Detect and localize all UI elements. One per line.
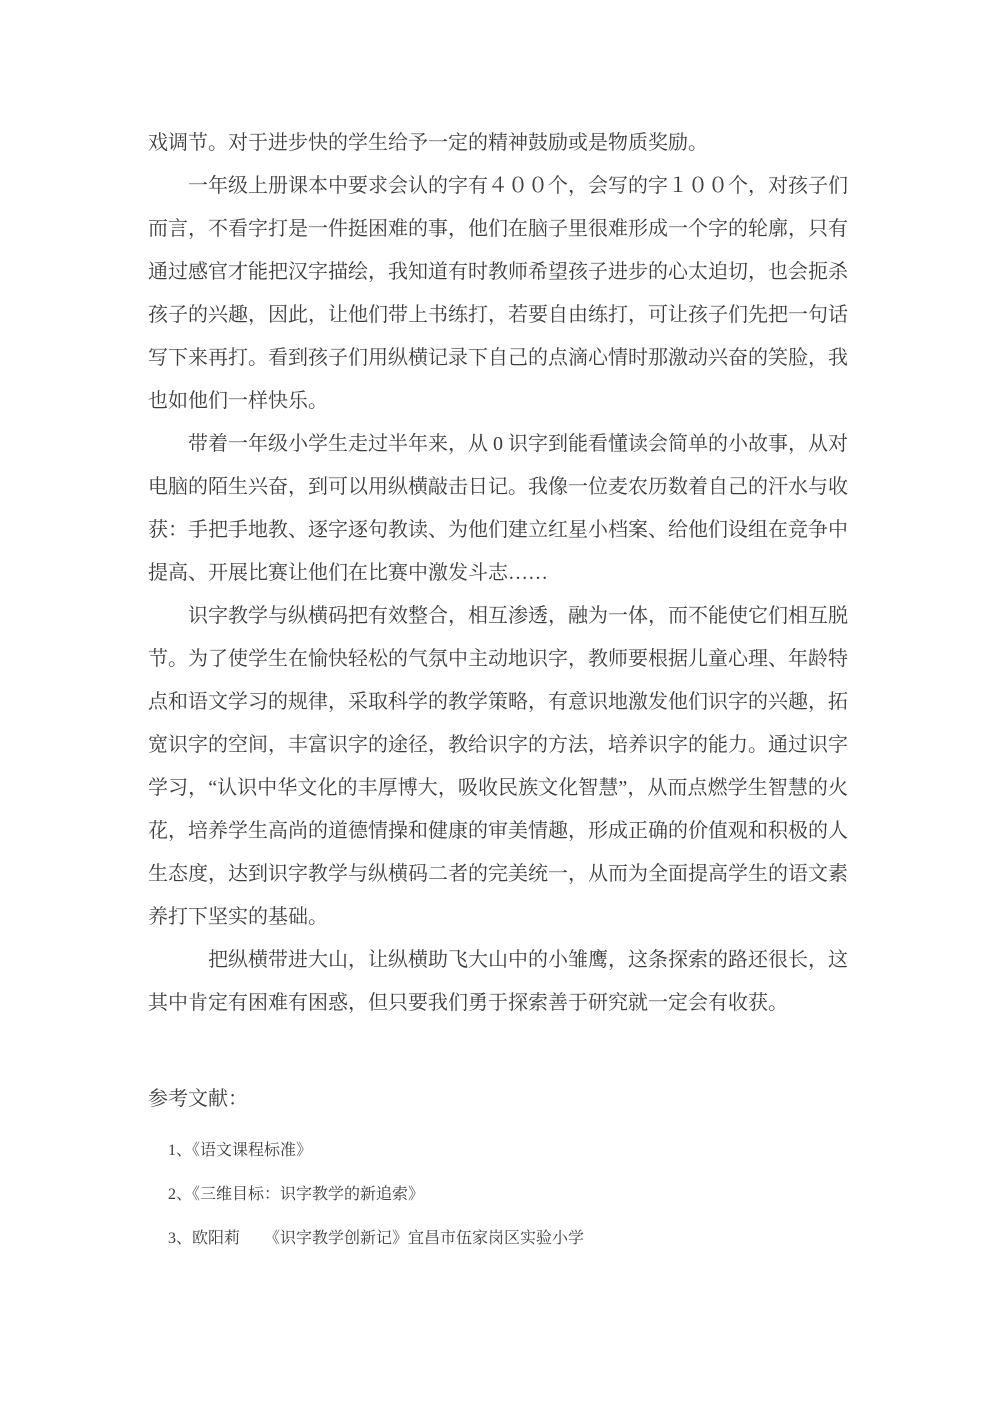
body-paragraph: 识字教学与纵横码把有效整合，相互渗透，融为一体，而不能使它们相互脱节。为了使学生… — [148, 595, 848, 939]
body-paragraph: 把纵横带进大山，让纵横助飞大山中的小雏鹰，这条探索的路还很长，这其中肯定有困难有… — [148, 939, 848, 1025]
body-paragraph: 一年级上册课本中要求会认的字有４００个，会写的字１００个，对孩子们而言，不看字打… — [148, 165, 848, 423]
reference-item: 2、《三维目标：识字教学的新追索》 — [168, 1173, 848, 1217]
reference-item: 1、《语文课程标准》 — [168, 1129, 848, 1173]
references-heading: 参考文献： — [148, 1078, 848, 1121]
references-list: 1、《语文课程标准》 2、《三维目标：识字教学的新追索》 3、欧阳莉 《识字教学… — [148, 1129, 848, 1261]
document-body: 戏调节。对于进步快的学生给予一定的精神鼓励或是物质奖励。 一年级上册课本中要求会… — [148, 122, 848, 1025]
document-page: 戏调节。对于进步快的学生给予一定的精神鼓励或是物质奖励。 一年级上册课本中要求会… — [0, 0, 992, 1403]
reference-item: 3、欧阳莉 《识字教学创新记》宜昌市伍家岗区实验小学 — [168, 1217, 848, 1261]
body-paragraph: 带着一年级小学生走过半年来，从 0 识字到能看懂读会简单的小故事，从对电脑的陌生… — [148, 423, 848, 595]
body-paragraph-continuation: 戏调节。对于进步快的学生给予一定的精神鼓励或是物质奖励。 — [148, 122, 848, 165]
